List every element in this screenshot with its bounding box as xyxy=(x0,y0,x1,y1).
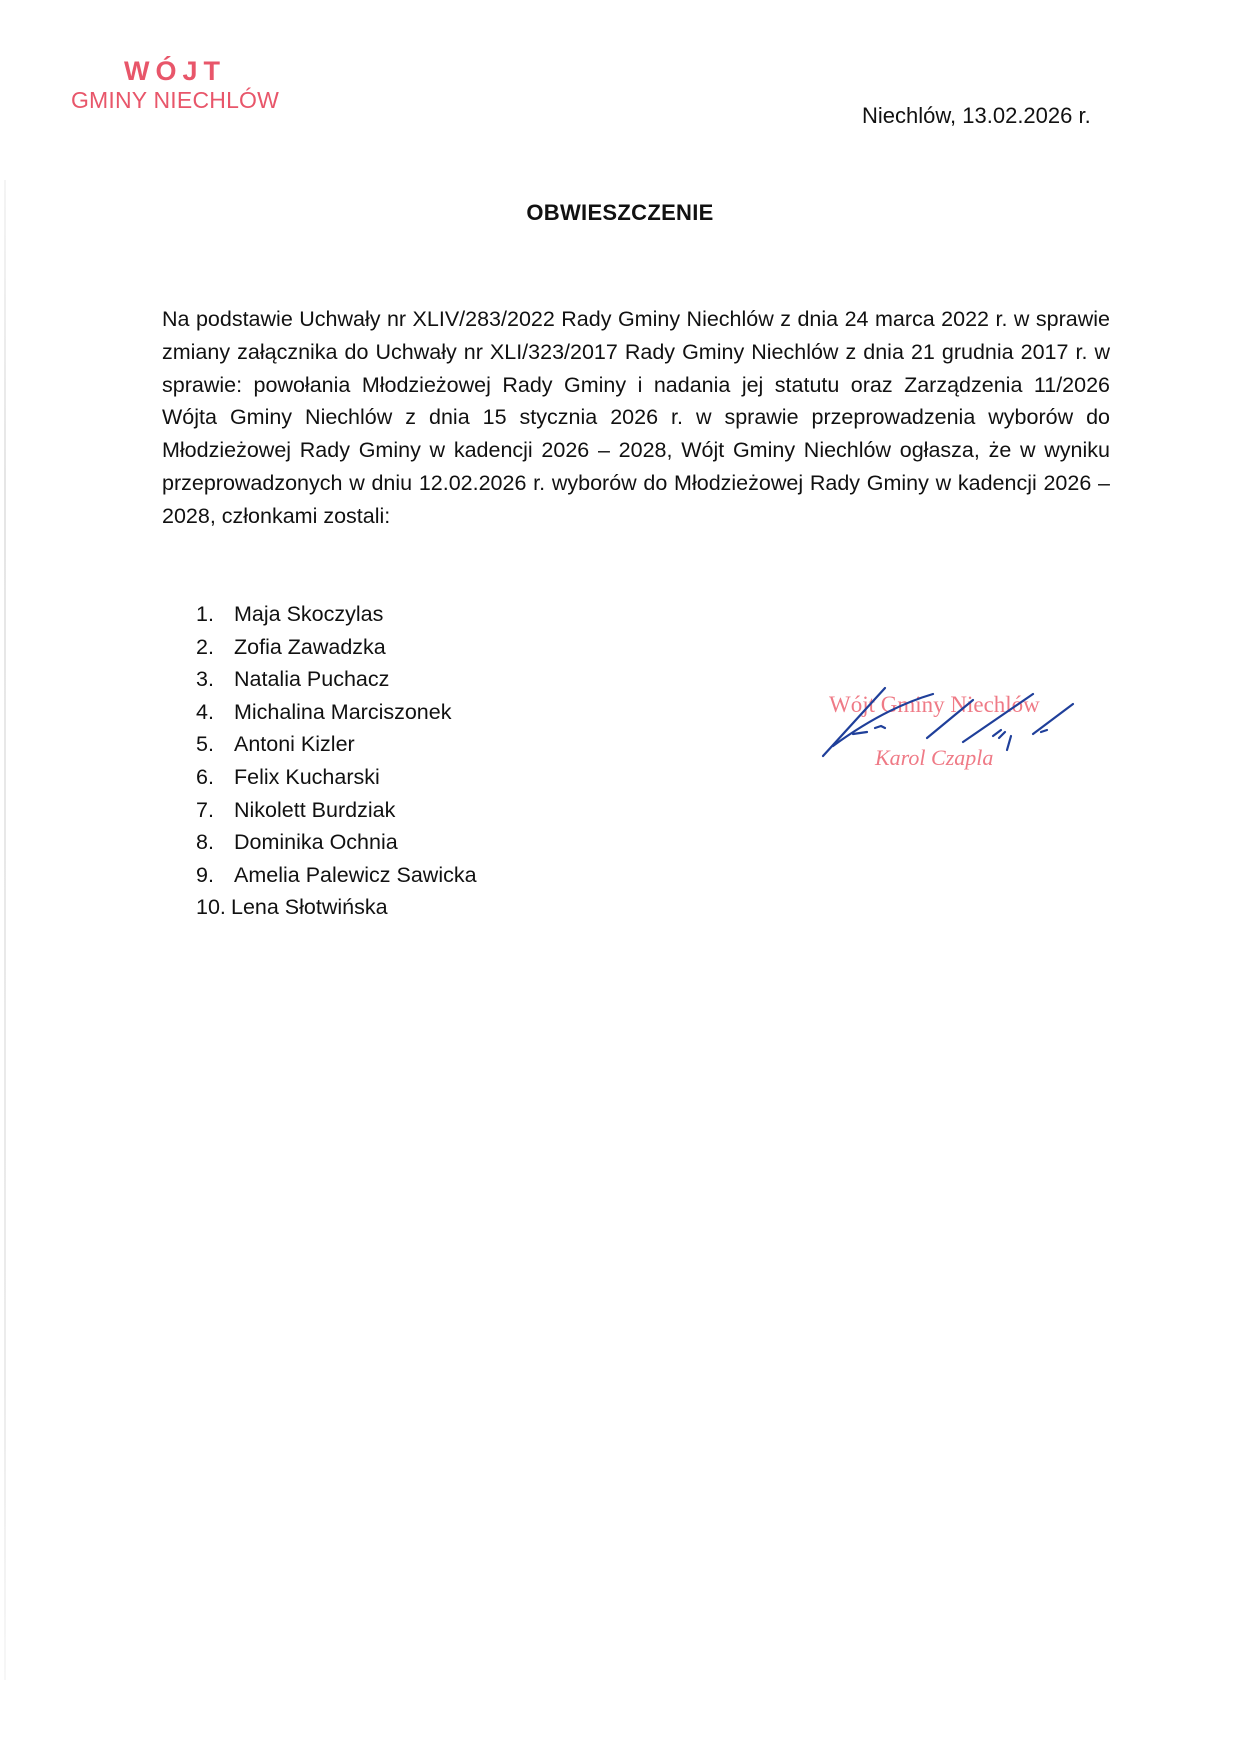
list-item: 3.Natalia Puchacz xyxy=(196,663,477,696)
member-name: Lena Słotwińska xyxy=(231,891,388,924)
list-item: 6.Felix Kucharski xyxy=(196,761,477,794)
list-item: 10.Lena Słotwińska xyxy=(196,891,477,924)
members-list: 1.Maja Skoczylas 2.Zofia Zawadzka 3.Nata… xyxy=(196,598,477,924)
item-number: 8. xyxy=(196,826,234,859)
member-name: Nikolett Burdziak xyxy=(234,794,395,827)
member-name: Maja Skoczylas xyxy=(234,598,383,631)
item-number: 2. xyxy=(196,631,234,664)
list-item: 4.Michalina Marciszonek xyxy=(196,696,477,729)
document-title: OBWIESZCZENIE xyxy=(0,200,1240,226)
handwritten-signature-icon xyxy=(815,668,1095,778)
letterhead-title: WÓJT xyxy=(62,56,288,86)
member-name: Natalia Puchacz xyxy=(234,663,389,696)
member-name: Felix Kucharski xyxy=(234,761,380,794)
letterhead-subtitle: GMINY NIECHLÓW xyxy=(62,86,288,114)
member-name: Dominika Ochnia xyxy=(234,826,398,859)
member-name: Zofia Zawadzka xyxy=(234,631,386,664)
signature-block: Wójt Gminy Niechlów Karol Czapla xyxy=(815,668,1095,778)
letterhead-stamp: WÓJT GMINY NIECHLÓW xyxy=(62,56,288,114)
item-number: 9. xyxy=(196,859,234,892)
list-item: 8.Dominika Ochnia xyxy=(196,826,477,859)
member-name: Amelia Palewicz Sawicka xyxy=(234,859,477,892)
member-name: Antoni Kizler xyxy=(234,728,355,761)
scan-edge-shadow xyxy=(4,180,6,1680)
list-item: 2.Zofia Zawadzka xyxy=(196,631,477,664)
item-number: 1. xyxy=(196,598,234,631)
announcement-body: Na podstawie Uchwały nr XLIV/283/2022 Ra… xyxy=(162,303,1110,533)
item-number: 10. xyxy=(196,891,231,924)
item-number: 3. xyxy=(196,663,234,696)
list-item: 7.Nikolett Burdziak xyxy=(196,794,477,827)
item-number: 6. xyxy=(196,761,234,794)
place-and-date: Niechlów, 13.02.2026 r. xyxy=(862,103,1091,129)
item-number: 7. xyxy=(196,794,234,827)
list-item: 1.Maja Skoczylas xyxy=(196,598,477,631)
list-item: 5.Antoni Kizler xyxy=(196,728,477,761)
item-number: 5. xyxy=(196,728,234,761)
list-item: 9.Amelia Palewicz Sawicka xyxy=(196,859,477,892)
member-name: Michalina Marciszonek xyxy=(234,696,451,729)
item-number: 4. xyxy=(196,696,234,729)
